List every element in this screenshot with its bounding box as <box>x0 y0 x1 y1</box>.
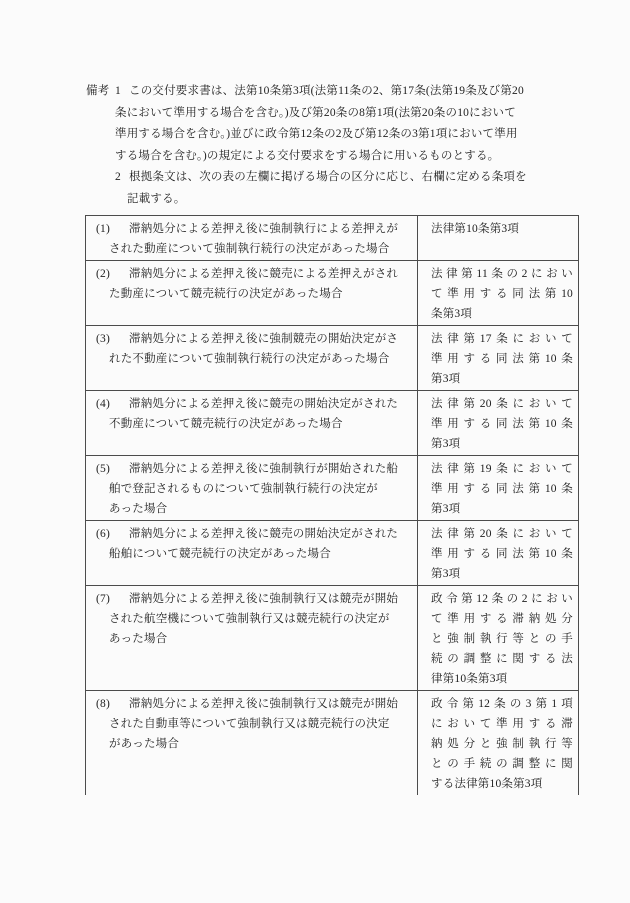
basis-line: 準用する同法第10条 <box>431 349 573 369</box>
case-cell: (2)滞納処分による差押え後に競売による差押えがされ た動産について競売続行の決… <box>86 261 418 326</box>
case-line: された航空機について強制執行又は競売続行の決定が <box>96 609 413 629</box>
remarks-label: 備考 <box>86 81 115 103</box>
basis-line: との手続の調整に関 <box>431 754 573 774</box>
case-line: された動産について強制執行続行の決定があった場合 <box>96 239 413 259</box>
table-row: (3)滞納処分による差押え後に強制競売の開始決定がさ れた不動産について強制執行… <box>86 326 579 391</box>
case-line: (5)滞納処分による差押え後に強制執行が開始された船 <box>96 459 413 479</box>
legal-basis-table: (1)滞納処分による差押え後に強制執行による差押えが された動産について強制執行… <box>85 215 579 795</box>
basis-line: 法律第19条において <box>431 459 573 479</box>
table-row: (5)滞納処分による差押え後に強制執行が開始された船 舶で登記されるものについて… <box>86 456 579 521</box>
remark-line: 条において準用する場合を含む。)及び第20条の8第1項(法第20条の10において <box>86 103 527 125</box>
case-line: された自動車等について強制執行又は競売続行の決定 <box>96 714 413 734</box>
table-row: (8)滞納処分による差押え後に強制執行又は競売が開始 された自動車等について強制… <box>86 691 579 796</box>
remark-item-number: 2 <box>115 167 129 189</box>
remark-text: 根拠条文は、次の表の左欄に掲げる場合の区分に応じ、右欄に定める条項を <box>129 171 527 183</box>
basis-line: 準用する同法第10条 <box>431 544 573 564</box>
basis-line: 続の調整に関する法 <box>431 649 573 669</box>
basis-line: する法律第10条第3項 <box>431 774 573 794</box>
basis-line: 第3項 <box>431 369 573 389</box>
row-number: (2) <box>96 264 129 284</box>
case-text: 滞納処分による差押え後に強制執行又は競売が開始 <box>129 593 398 605</box>
basis-line: て準用する同法第10 <box>431 284 573 304</box>
case-text: 滞納処分による差押え後に競売の開始決定がされた <box>129 528 398 540</box>
case-line: た動産について競売続行の決定があった場合 <box>96 284 413 304</box>
case-line: があった場合 <box>96 734 413 754</box>
basis-line: 法律第20条において <box>431 394 573 414</box>
basis-line: 律第10条第3項 <box>431 669 573 689</box>
case-line: 舶で登記されるものについて強制執行続行の決定が <box>96 479 413 499</box>
row-number: (4) <box>96 394 129 414</box>
case-text: 滞納処分による差押え後に強制執行又は競売が開始 <box>129 698 398 710</box>
remark-line: 記載する。 <box>86 189 527 211</box>
basis-cell: 法律第19条において準用する同法第10条第3項 <box>418 456 579 521</box>
case-cell: (8)滞納処分による差押え後に強制執行又は競売が開始 された自動車等について強制… <box>86 691 418 796</box>
case-text: 滞納処分による差押え後に競売の開始決定がされた <box>129 398 398 410</box>
table-row: (2)滞納処分による差押え後に競売による差押えがされ た動産について競売続行の決… <box>86 261 579 326</box>
case-line: 不動産について競売続行の決定があった場合 <box>96 414 413 434</box>
case-line: (4)滞納処分による差押え後に競売の開始決定がされた <box>96 394 413 414</box>
case-line: あった場合 <box>96 499 413 519</box>
remarks-section: 備考1この交付要求書は、法第10条第3項(法第11条の2、第17条(法第19条及… <box>86 81 527 210</box>
table-row: (1)滞納処分による差押え後に強制執行による差押えが された動産について強制執行… <box>86 216 579 261</box>
case-line: (2)滞納処分による差押え後に競売による差押えがされ <box>96 264 413 284</box>
basis-line: 第3項 <box>431 564 573 584</box>
case-cell: (7)滞納処分による差押え後に強制執行又は競売が開始 された航空機について強制執… <box>86 586 418 691</box>
remark-line: 準用する場合を含む。)並びに政令第12条の2及び第12条の3第1項において準用 <box>86 124 527 146</box>
case-line: 船舶について競売続行の決定があった場合 <box>96 544 413 564</box>
basis-line: 政令第12条の3第1項 <box>431 694 573 714</box>
case-text: 滞納処分による差押え後に強制競売の開始決定がさ <box>129 333 398 345</box>
basis-line: 政令第12条の2におい <box>431 589 573 609</box>
basis-line: 準用する同法第10条 <box>431 479 573 499</box>
case-cell: (3)滞納処分による差押え後に強制競売の開始決定がさ れた不動産について強制執行… <box>86 326 418 391</box>
basis-line: 条第3項 <box>431 304 573 324</box>
basis-line: 準用する同法第10条 <box>431 414 573 434</box>
document-page: 備考1この交付要求書は、法第10条第3項(法第11条の2、第17条(法第19条及… <box>0 0 630 903</box>
table-row: (4)滞納処分による差押え後に競売の開始決定がされた 不動産について競売続行の決… <box>86 391 579 456</box>
basis-line: 第3項 <box>431 499 573 519</box>
basis-line: 第3項 <box>431 434 573 454</box>
basis-line: 法律第17条において <box>431 329 573 349</box>
row-number: (3) <box>96 329 129 349</box>
row-number: (5) <box>96 459 129 479</box>
basis-cell: 政令第12条の3第1項において準用する滞納処分と強制執行等との手続の調整に関する… <box>418 691 579 796</box>
remark-item-number: 1 <box>115 81 129 103</box>
case-line: れた不動産について強制執行続行の決定があった場合 <box>96 349 413 369</box>
row-number: (8) <box>96 694 129 714</box>
basis-cell: 法律第10条第3項 <box>418 216 579 261</box>
case-text: 滞納処分による差押え後に強制執行による差押えが <box>129 223 398 235</box>
case-text: 滞納処分による差押え後に強制執行が開始された船 <box>129 463 398 475</box>
case-line: (8)滞納処分による差押え後に強制執行又は競売が開始 <box>96 694 413 714</box>
case-text: 滞納処分による差押え後に競売による差押えがされ <box>129 268 398 280</box>
basis-line: と強制執行等との手 <box>431 629 573 649</box>
table-row: (7)滞納処分による差押え後に強制執行又は競売が開始 された航空機について強制執… <box>86 586 579 691</box>
basis-line: 法律第10条第3項 <box>431 219 573 239</box>
row-number: (6) <box>96 524 129 544</box>
case-cell: (4)滞納処分による差押え後に競売の開始決定がされた 不動産について競売続行の決… <box>86 391 418 456</box>
remark-line: 備考1この交付要求書は、法第10条第3項(法第11条の2、第17条(法第19条及… <box>86 81 527 103</box>
case-line: あった場合 <box>96 629 413 649</box>
basis-cell: 法律第17条において準用する同法第10条第3項 <box>418 326 579 391</box>
row-number: (7) <box>96 589 129 609</box>
case-line: (1)滞納処分による差押え後に強制執行による差押えが <box>96 219 413 239</box>
case-cell: (6)滞納処分による差押え後に競売の開始決定がされた 船舶について競売続行の決定… <box>86 521 418 586</box>
basis-line: て準用する滞納処分 <box>431 609 573 629</box>
case-cell: (5)滞納処分による差押え後に強制執行が開始された船 舶で登記されるものについて… <box>86 456 418 521</box>
basis-line: において準用する滞 <box>431 714 573 734</box>
basis-line: 法律第11条の2におい <box>431 264 573 284</box>
remark-line: する場合を含む。)の規定による交付要求をする場合に用いるものとする。 <box>86 146 527 168</box>
remark-line: 2根拠条文は、次の表の左欄に掲げる場合の区分に応じ、右欄に定める条項を <box>86 167 527 189</box>
remark-text: この交付要求書は、法第10条第3項(法第11条の2、第17条(法第19条及び第2… <box>129 85 524 97</box>
table-row: (6)滞納処分による差押え後に競売の開始決定がされた 船舶について競売続行の決定… <box>86 521 579 586</box>
basis-cell: 法律第11条の2において準用する同法第10条第3項 <box>418 261 579 326</box>
basis-cell: 法律第20条において準用する同法第10条第3項 <box>418 391 579 456</box>
row-number: (1) <box>96 219 129 239</box>
basis-line: 法律第20条において <box>431 524 573 544</box>
table-body: (1)滞納処分による差押え後に強制執行による差押えが された動産について強制執行… <box>86 216 579 796</box>
case-cell: (1)滞納処分による差押え後に強制執行による差押えが された動産について強制執行… <box>86 216 418 261</box>
case-line: (3)滞納処分による差押え後に強制競売の開始決定がさ <box>96 329 413 349</box>
basis-cell: 法律第20条において準用する同法第10条第3項 <box>418 521 579 586</box>
case-line: (7)滞納処分による差押え後に強制執行又は競売が開始 <box>96 589 413 609</box>
case-line: (6)滞納処分による差押え後に競売の開始決定がされた <box>96 524 413 544</box>
basis-line: 納処分と強制執行等 <box>431 734 573 754</box>
basis-cell: 政令第12条の2において準用する滞納処分と強制執行等との手続の調整に関する法律第… <box>418 586 579 691</box>
